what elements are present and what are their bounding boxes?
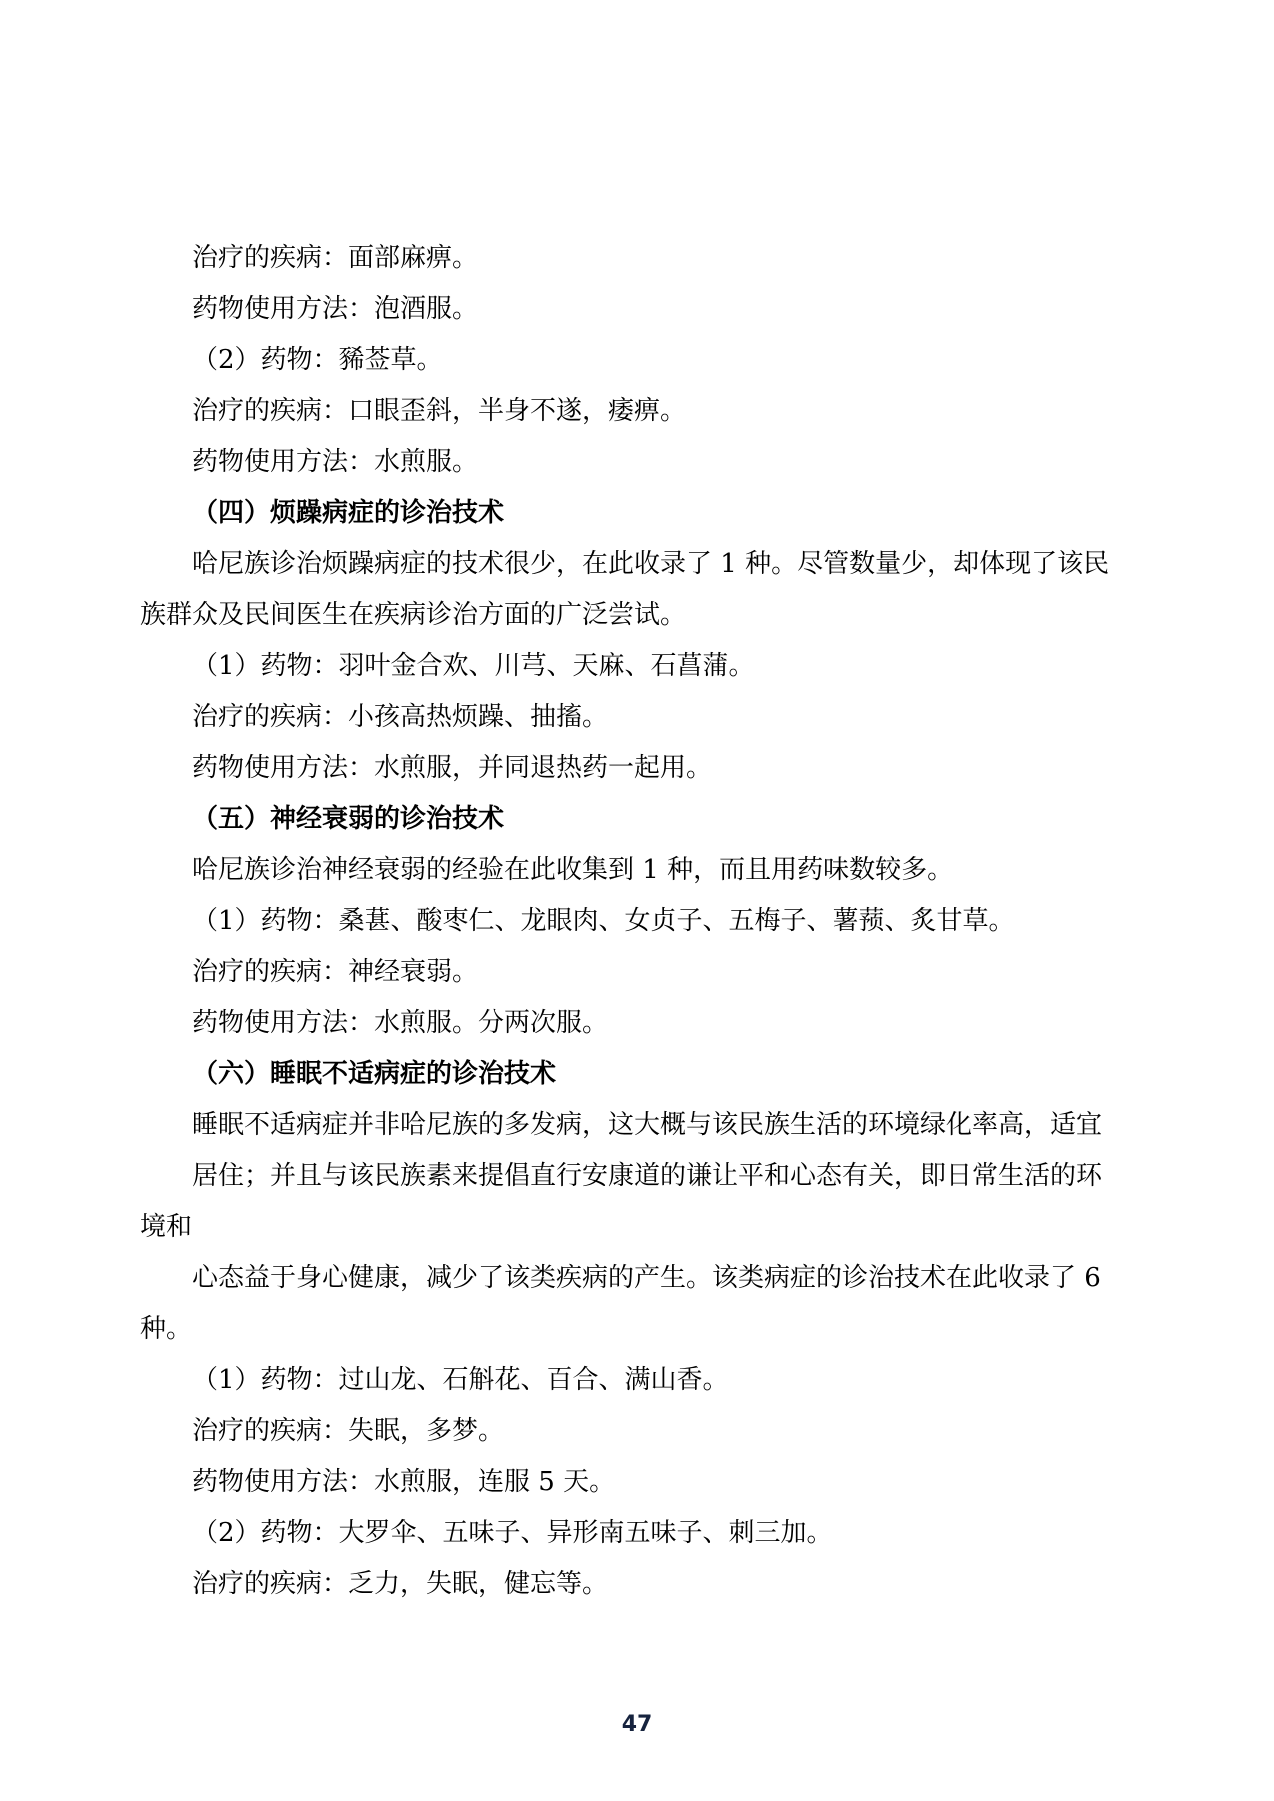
text-line: 治疗的疾病：小孩高热烦躁、抽搐。 xyxy=(140,692,1125,743)
text-line: 睡眠不适病症并非哈尼族的多发病，这大概与该民族生活的环境绿化率高，适宜 xyxy=(140,1100,1125,1151)
text-line: 药物使用方法：水煎服，连服 5 天。 xyxy=(140,1457,1125,1508)
text-line: 药物使用方法：水煎服，并同退热药一起用。 xyxy=(140,743,1125,794)
text-line: （2）药物：豨莶草。 xyxy=(140,335,1125,386)
text-line: 哈尼族诊治烦躁病症的技术很少，在此收录了 1 种。尽管数量少，却体现了该民 xyxy=(140,539,1125,590)
text-line: 居住；并且与该民族素来提倡直行安康道的谦让平和心态有关，即日常生活的环 xyxy=(140,1151,1125,1202)
text-line: 种。 xyxy=(140,1304,1125,1355)
text-line: 心态益于身心健康，减少了该类疾病的产生。该类病症的诊治技术在此收录了 6 xyxy=(140,1253,1125,1304)
text-line: 哈尼族诊治神经衰弱的经验在此收集到 1 种，而且用药味数较多。 xyxy=(140,845,1125,896)
text-line: 治疗的疾病：神经衰弱。 xyxy=(140,947,1125,998)
text-line: 药物使用方法：水煎服。 xyxy=(140,437,1125,488)
text-line: 族群众及民间医生在疾病诊治方面的广泛尝试。 xyxy=(140,590,1125,641)
section-heading: （五）神经衰弱的诊治技术 xyxy=(140,794,1125,845)
text-line: 境和 xyxy=(140,1202,1125,1253)
text-line: 治疗的疾病：失眠，多梦。 xyxy=(140,1406,1125,1457)
text-line: （1）药物：过山龙、石斛花、百合、满山香。 xyxy=(140,1355,1125,1406)
page-footer: 47 xyxy=(0,1712,1274,1737)
section-heading: （六）睡眠不适病症的诊治技术 xyxy=(140,1049,1125,1100)
text-line: 治疗的疾病：乏力，失眠，健忘等。 xyxy=(140,1559,1125,1610)
section-heading: （四）烦躁病症的诊治技术 xyxy=(140,488,1125,539)
text-line: 药物使用方法：泡酒服。 xyxy=(140,284,1125,335)
document-body: 治疗的疾病：面部麻痹。药物使用方法：泡酒服。（2）药物：豨莶草。治疗的疾病：口眼… xyxy=(140,233,1125,1610)
text-line: 治疗的疾病：口眼歪斜，半身不遂，痿痹。 xyxy=(140,386,1125,437)
text-line: 治疗的疾病：面部麻痹。 xyxy=(140,233,1125,284)
text-line: （1）药物：桑葚、酸枣仁、龙眼肉、女贞子、五梅子、薯蓣、炙甘草。 xyxy=(140,896,1125,947)
document-page: 治疗的疾病：面部麻痹。药物使用方法：泡酒服。（2）药物：豨莶草。治疗的疾病：口眼… xyxy=(0,0,1274,1801)
text-line: （1）药物：羽叶金合欢、川芎、天麻、石菖蒲。 xyxy=(140,641,1125,692)
text-line: （2）药物：大罗伞、五味子、异形南五味子、刺三加。 xyxy=(140,1508,1125,1559)
page-number: 47 xyxy=(622,1712,653,1737)
text-line: 药物使用方法：水煎服。分两次服。 xyxy=(140,998,1125,1049)
